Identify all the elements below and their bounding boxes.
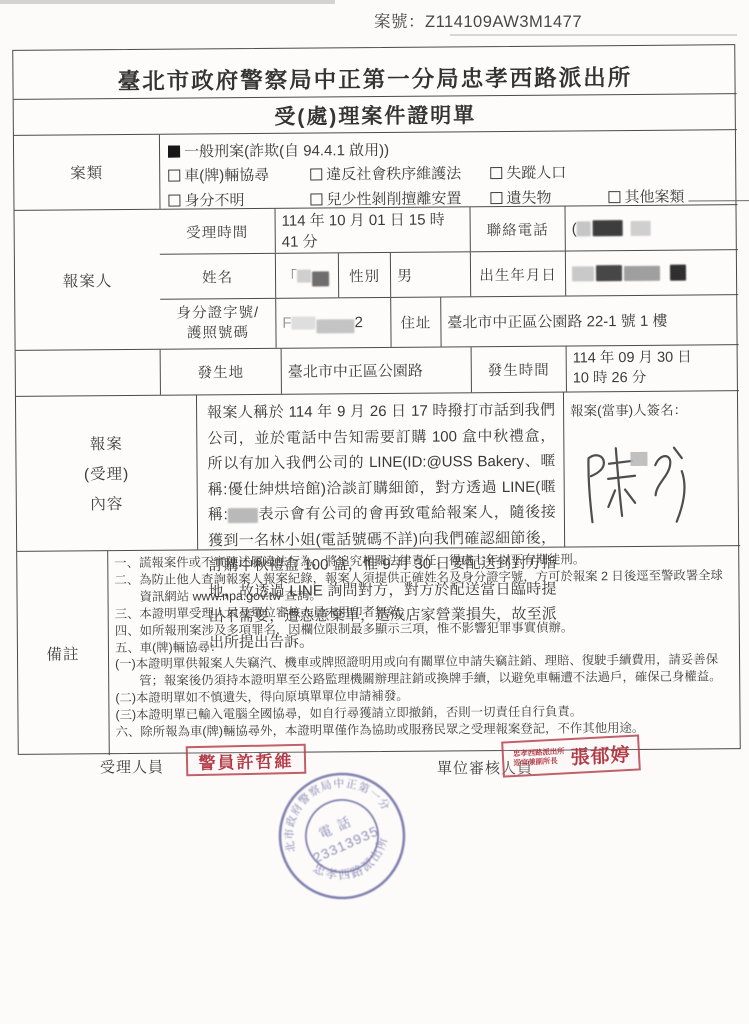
checkbox-icon <box>168 170 180 182</box>
scan-artifact <box>0 0 335 4</box>
contact-phone-value: ( <box>564 205 737 250</box>
id-number-row: 身分證字號/ 護照號碼 F 2 住址 臺北市中正區公園路 22-1 號 1 樓 <box>160 294 738 349</box>
signature-cell: 報案(當事)人簽名： 陳 <box>563 391 740 546</box>
occurrence-place-value: 臺北市中正區公園路 <box>281 347 471 393</box>
occurrence-place-label: 發生地 <box>161 349 281 395</box>
report-content-text: 報案人稱於 114 年 9 月 26 日 17 時撥打市話到我們公司，並於電話中… <box>196 393 564 550</box>
checkbox-label: 一般刑案(詐欺(自 94.4.1 啟用)) <box>184 142 389 161</box>
checkbox-label: 失蹤人口 <box>506 165 566 182</box>
checkbox-icon <box>608 191 620 203</box>
notes-section-label: 備註 <box>17 551 109 756</box>
contact-phone-label: 聯絡電話 <box>469 207 564 252</box>
checkbox-social-order: 違反社會秩序維護法 <box>310 162 461 184</box>
label-line: 內容 <box>90 492 123 514</box>
occurrence-date: 114 年 09 月 30 日 <box>573 348 692 368</box>
checkbox-icon <box>310 168 322 180</box>
redacted-dob <box>596 265 622 281</box>
form-table: 臺北市政府警察局中正第一分局忠孝西路派出所 受(處)理案件證明單 案類 一般刑案… <box>12 44 741 755</box>
form-title-row: 臺北市政府警察局中正第一分局忠孝西路派出所 <box>13 45 736 99</box>
reviewer-stamp-unit: 忠孝西路派出所 巡官兼副所長 <box>513 747 565 767</box>
case-number-value: Z114109AW3M1477 <box>425 13 582 31</box>
id-number-value: F 2 <box>275 298 390 348</box>
form-subtitle-row: 受(處)理案件證明單 <box>14 93 737 135</box>
accept-time-value: 114 年 10 月 01 日 15 時 41 分 <box>274 207 469 253</box>
handwritten-signature: 陳 <box>576 433 717 534</box>
reviewer-stamp-line2: 巡官兼副所長 <box>514 756 566 768</box>
checkbox-missing-person: 失蹤人口 <box>490 162 566 184</box>
scan-artifact <box>450 34 737 36</box>
redacted-nickname <box>228 507 258 522</box>
redacted-name <box>312 271 329 286</box>
accept-time-label: 受理時間 <box>160 209 275 254</box>
redacted-dob <box>670 265 686 281</box>
police-station-round-seal: 臺北市政府警察局中正第一分局 忠孝西路派出所 電話 23313935 <box>255 749 429 923</box>
id-label-line1: 身分證字號/ <box>176 304 259 324</box>
gender-label: 性別 <box>338 253 390 297</box>
dob-value <box>565 250 738 295</box>
dob-label: 出生年月日 <box>470 252 565 297</box>
id-label-line2: 護照號碼 <box>187 323 249 343</box>
address-value: 臺北市中正區公園路 22-1 號 1 樓 <box>440 295 738 346</box>
redacted-id <box>292 316 316 329</box>
checkbox-icon <box>490 167 502 179</box>
redacted-signature <box>630 452 647 466</box>
checkbox-vehicle-search: 車(牌)輛協尋 <box>168 164 269 186</box>
case-type-section-label: 案類 <box>14 135 160 210</box>
label-line: 報案 <box>90 432 123 454</box>
id-prefix: F <box>282 315 291 332</box>
blank-line <box>688 187 749 202</box>
reviewer-stamp-name: 張郁婷 <box>570 739 631 769</box>
reporter-section-label: 報案人 <box>14 209 160 350</box>
gender-value: 男 <box>390 252 470 297</box>
note-item: 六、除所報為車(牌)輛協尋外，本證明單僅作為協助或服務民眾之受理報案登記，不作其… <box>116 719 734 741</box>
scanned-police-report: 案號：Z114109AW3M1477 臺北市政府警察局中正第一分局忠孝西路派出所… <box>0 0 749 1024</box>
checkbox-label: 車(牌)輛協尋 <box>184 167 269 185</box>
notes-row: 備註 一、謊報案件或不實陳述屬違法行為，將追究相關法律責任，得處七年以下有期徒刑… <box>17 545 742 756</box>
report-content-row: 報案 (受理) 內容 報案人稱於 114 年 9 月 26 日 17 時撥打市話… <box>16 390 740 551</box>
form-subtitle: 受(處)理案件證明單 <box>274 99 476 131</box>
officer-name-stamp: 警員許哲維 <box>186 744 307 777</box>
redacted-dob <box>572 266 594 281</box>
checkbox-icon <box>168 195 180 207</box>
name-row: 姓名 「 性別 男 出生年月日 <box>160 249 738 299</box>
checkbox-label: 身分不明 <box>184 192 244 209</box>
checkbox-label: 遺失物 <box>506 190 551 207</box>
case-number: 案號：Z114109AW3M1477 <box>374 8 582 32</box>
case-number-label: 案號： <box>374 13 425 31</box>
occurrence-time-value: 114 年 09 月 30 日 10 時 26 分 <box>566 345 739 391</box>
id-suffix: 2 <box>355 314 363 331</box>
occurrence-clock: 10 時 26 分 <box>573 368 646 388</box>
checkbox-icon <box>310 193 322 205</box>
redacted-phone <box>577 221 591 236</box>
reviewer-name-stamp: 忠孝西路派出所 巡官兼副所長 張郁婷 <box>501 734 641 777</box>
case-type-options: 一般刑案(詐欺(自 94.4.1 啟用)) 車(牌)輛協尋 違反社會秩序維護法 … <box>159 130 738 209</box>
case-type-row: 案類 一般刑案(詐欺(自 94.4.1 啟用)) 車(牌)輛協尋 違反社會秩序維… <box>14 129 738 210</box>
report-content-section-label: 報案 (受理) 內容 <box>16 395 197 550</box>
redacted-dob <box>624 265 660 280</box>
signature-label: 報案(當事)人簽名： <box>570 398 733 419</box>
name-prefix: 「 <box>282 265 297 286</box>
name-label: 姓名 <box>160 254 275 299</box>
checkbox-label: 違反社會秩序維護法 <box>326 165 461 183</box>
notes-list: 一、謊報案件或不實陳述屬違法行為，將追究相關法律責任，得處七年以下有期徒刑。 二… <box>107 546 742 755</box>
checkbox-icon <box>490 192 502 204</box>
redacted-phone <box>631 220 651 235</box>
redacted-phone <box>593 220 623 236</box>
accept-time-row: 受理時間 114 年 10 月 01 日 15 時 41 分 聯絡電話 ( <box>159 204 737 254</box>
label-line: (受理) <box>84 462 129 484</box>
checkbox-label: 其他案類 <box>624 189 684 206</box>
note-subitem: (一)本證明單供報案人失竊汽、機車或牌照證明用或向有關單位申請失竊註銷、理賠、復… <box>115 652 733 691</box>
checkbox-checked-icon <box>168 146 180 158</box>
form-title: 臺北市政府警察局中正第一分局忠孝西路派出所 <box>118 60 633 98</box>
redacted-name <box>297 269 311 282</box>
name-value: 「 <box>275 253 338 297</box>
occurrence-time-label: 發生時間 <box>471 347 566 393</box>
id-number-label: 身分證字號/ 護照號碼 <box>160 299 275 349</box>
empty-cell <box>16 350 161 396</box>
address-label: 住址 <box>390 297 440 346</box>
accepting-officer-label: 受理人員 <box>100 756 164 777</box>
note-item: 二、為防止他人查詢報案人報案紀錄，報案人須提供正確姓名及身分證字號，方可於報案 … <box>114 567 732 606</box>
checkbox-general-crime: 一般刑案(詐欺(自 94.4.1 啟用)) <box>168 139 389 162</box>
redacted-id <box>317 319 355 333</box>
occurrence-row: 發生地 臺北市中正區公園路 發生時間 114 年 09 月 30 日 10 時 … <box>16 344 739 396</box>
